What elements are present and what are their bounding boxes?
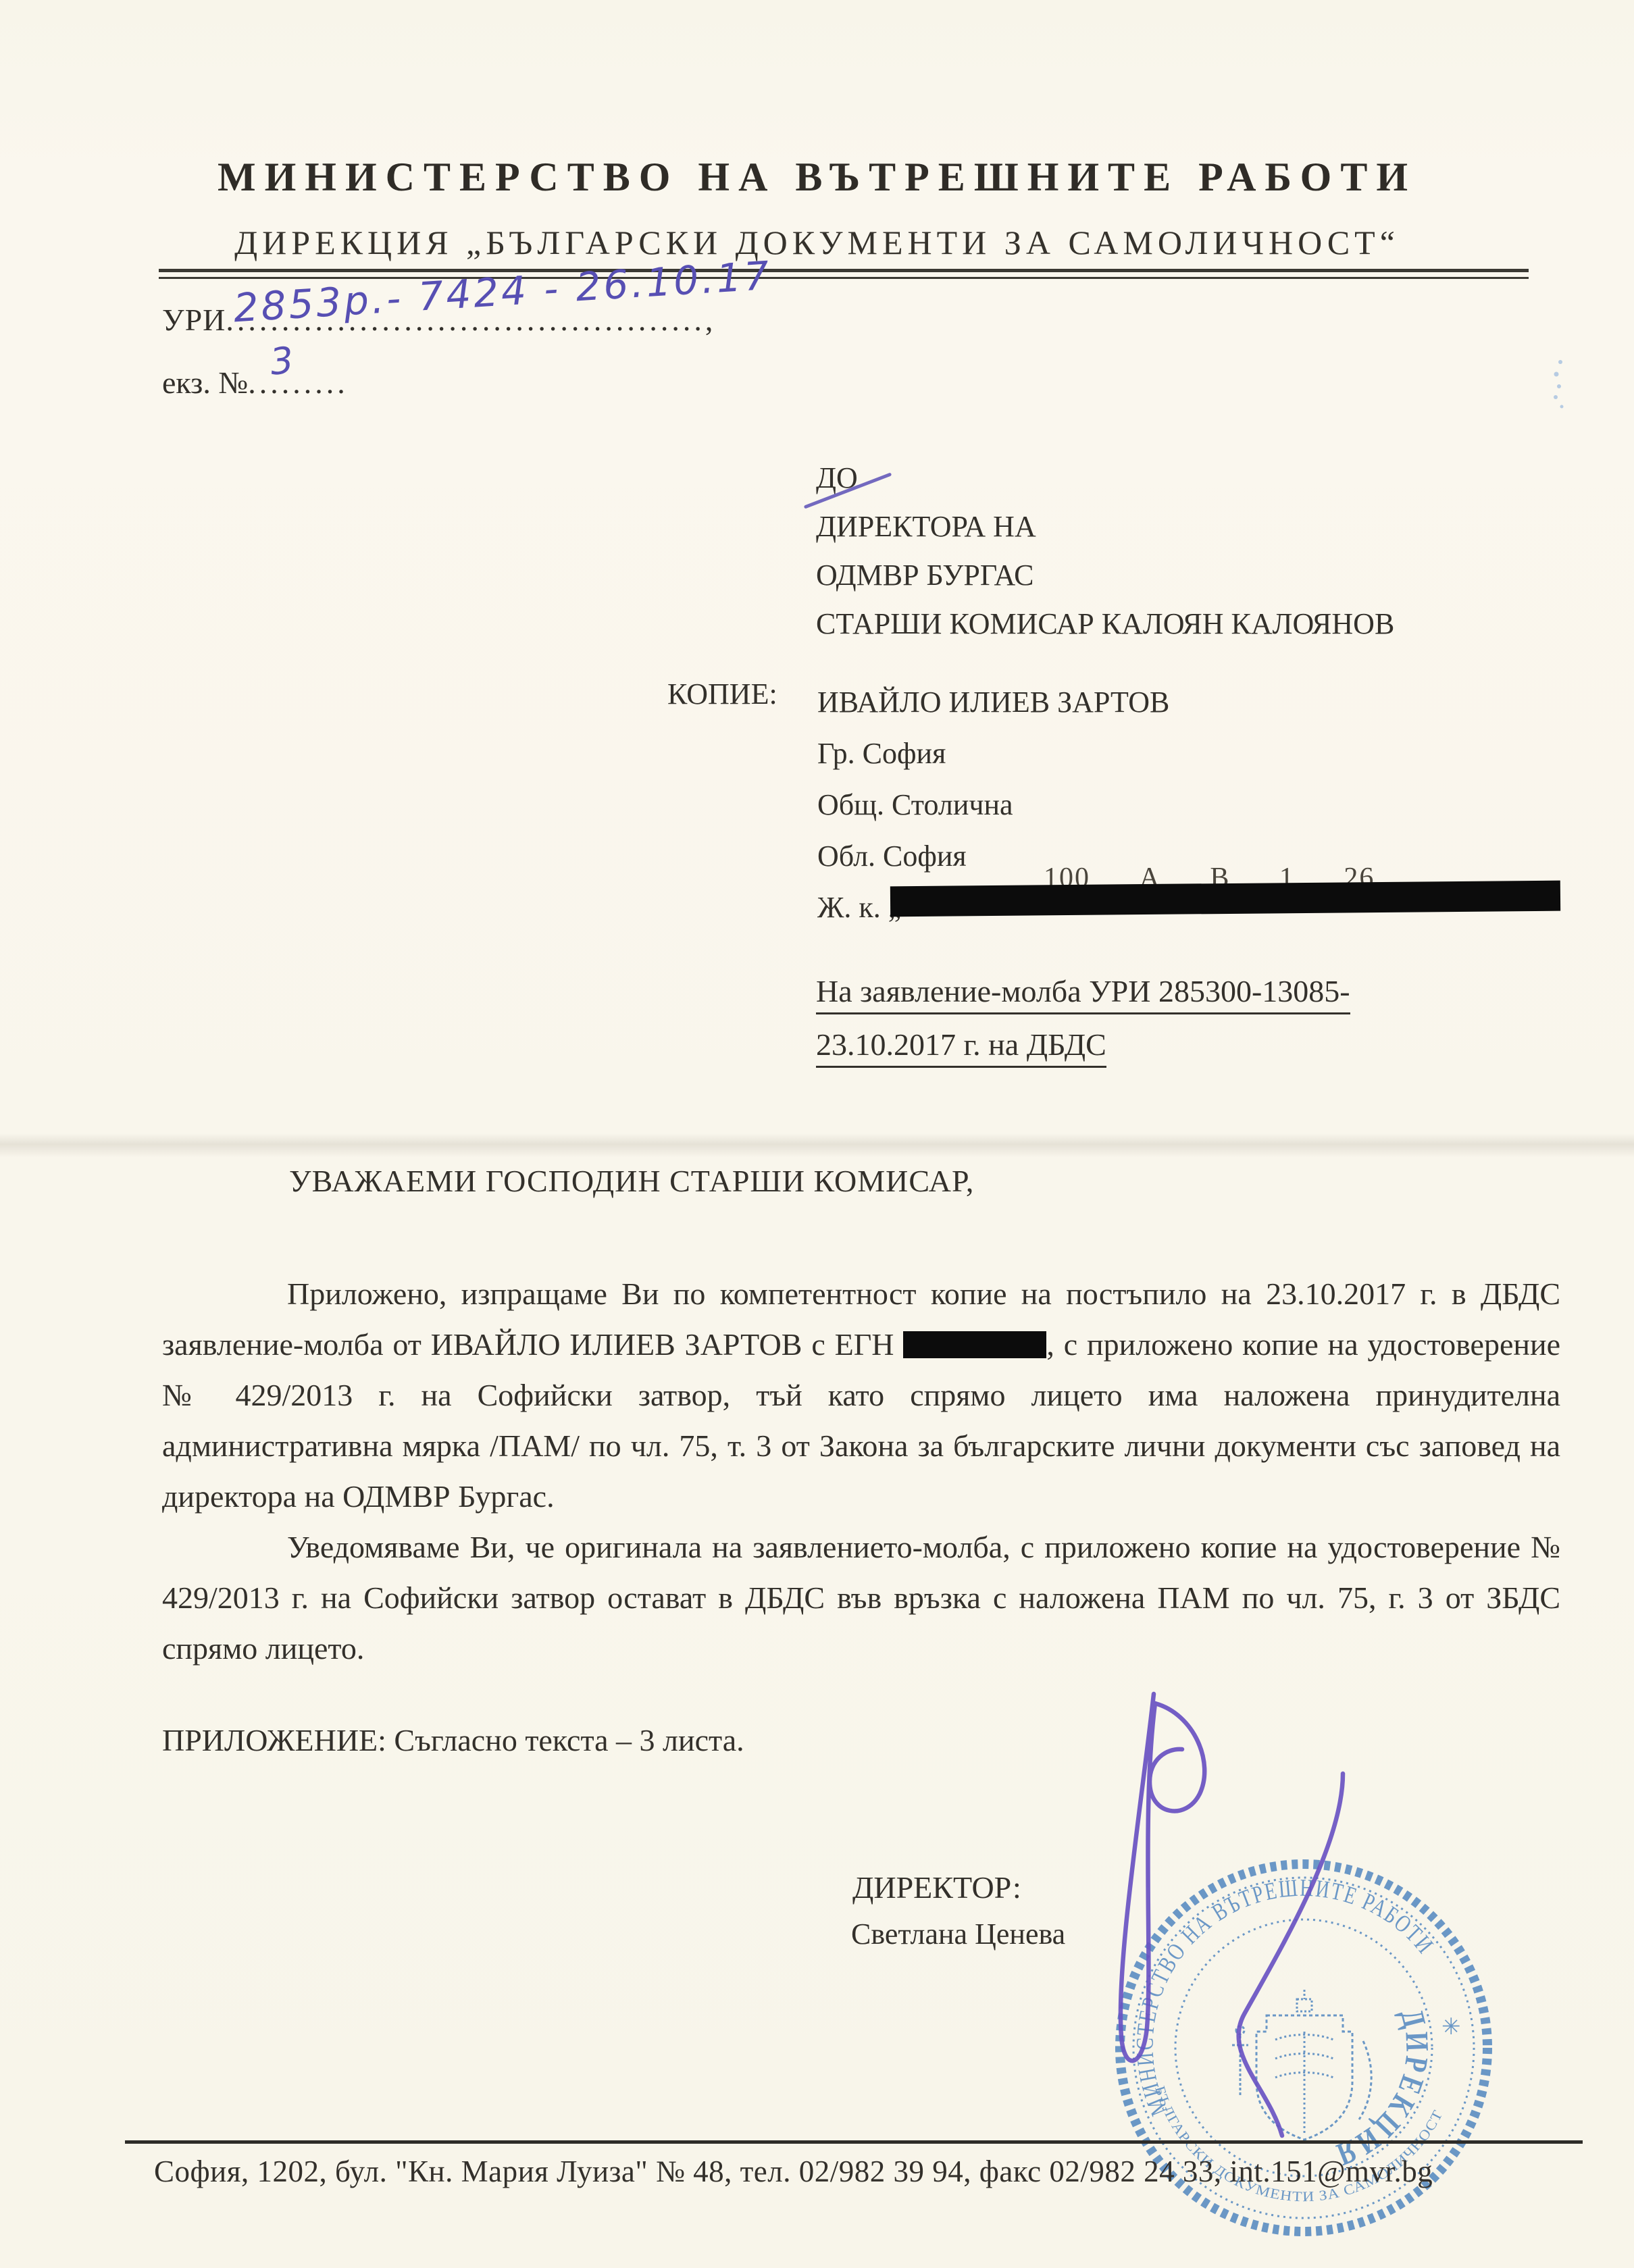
director-name: Светлана Ценева [851,1917,1065,1951]
director-title: ДИРЕКТОР: [852,1870,1021,1905]
footer-rule [125,2140,1583,2144]
ministry-title: МИНИСТЕРСТВО НА ВЪТРЕШНИТЕ РАБОТИ [0,154,1634,201]
copy-label: КОПИЕ: [667,677,777,711]
footer-address-line: София, 1202, бул. "Кн. Мария Луиза" № 48… [154,2154,1589,2189]
recipient-line-1: ДИРЕКТОРА НА [816,502,1394,551]
subject-line-1: На заявление-молба УРИ 285300-13085- [816,964,1350,1018]
directorate-subtitle: ДИРЕКЦИЯ „БЪЛГАРСКИ ДОКУМЕНТИ ЗА САМОЛИЧ… [0,223,1634,262]
body-paragraph-1: Приложено, изпращаме Ви по компетентност… [162,1268,1560,1522]
recipient-to: ДО [816,454,1394,502]
ekz-dotted-leader: ......... [248,365,349,400]
copy-name: ИВАЙЛО ИЛИЕВ ЗАРТОВ [817,677,1169,728]
attachment-line: ПРИЛОЖЕНИЕ: Съгласно текста – 3 листа. [162,1722,744,1758]
ekz-handwritten-number: 3 [268,338,296,383]
ink-speckle [1551,357,1568,417]
letter-body: Приложено, изпращаме Ви по компетентност… [162,1268,1560,1674]
recipient-line-2: ОДМВР БУРГАС [816,551,1394,600]
copy-line-1: Гр. София [817,728,1169,779]
egn-redaction-bar [903,1331,1046,1358]
recipient-block: ДО ДИРЕКТОРА НА ОДМВР БУРГАС СТАРШИ КОМИ… [816,454,1394,648]
signature-stroke-loop [1150,1703,1204,1811]
ekz-label: екз. № [162,365,248,400]
uri-label: УРИ [162,303,226,337]
stamp-rosette-icon: ✳ [1441,2015,1461,2040]
scanned-letter-page: МИНИСТЕРСТВО НА ВЪТРЕШНИТЕ РАБОТИ ДИРЕКЦ… [0,0,1634,2268]
salutation: УВАЖАЕМИ ГОСПОДИН СТАРШИ КОМИСАР, [289,1163,974,1199]
subject-block: На заявление-молба УРИ 285300-13085- 23.… [816,964,1350,1071]
signature-stroke-hairpin [1121,1694,1155,2061]
paper-fold-crease [0,1133,1634,1158]
subject-line-2: 23.10.2017 г. на ДБДС [816,1018,1350,1071]
address-redaction-bar [890,881,1560,917]
recipient-line-3: СТАРШИ КОМИСАР КАЛОЯН КАЛОЯНОВ [816,600,1394,648]
copy-line-2: Общ. Столична [817,779,1169,831]
ekz-row: екз. №......... [162,365,349,401]
signature-stroke-tail [1239,1774,1343,2136]
